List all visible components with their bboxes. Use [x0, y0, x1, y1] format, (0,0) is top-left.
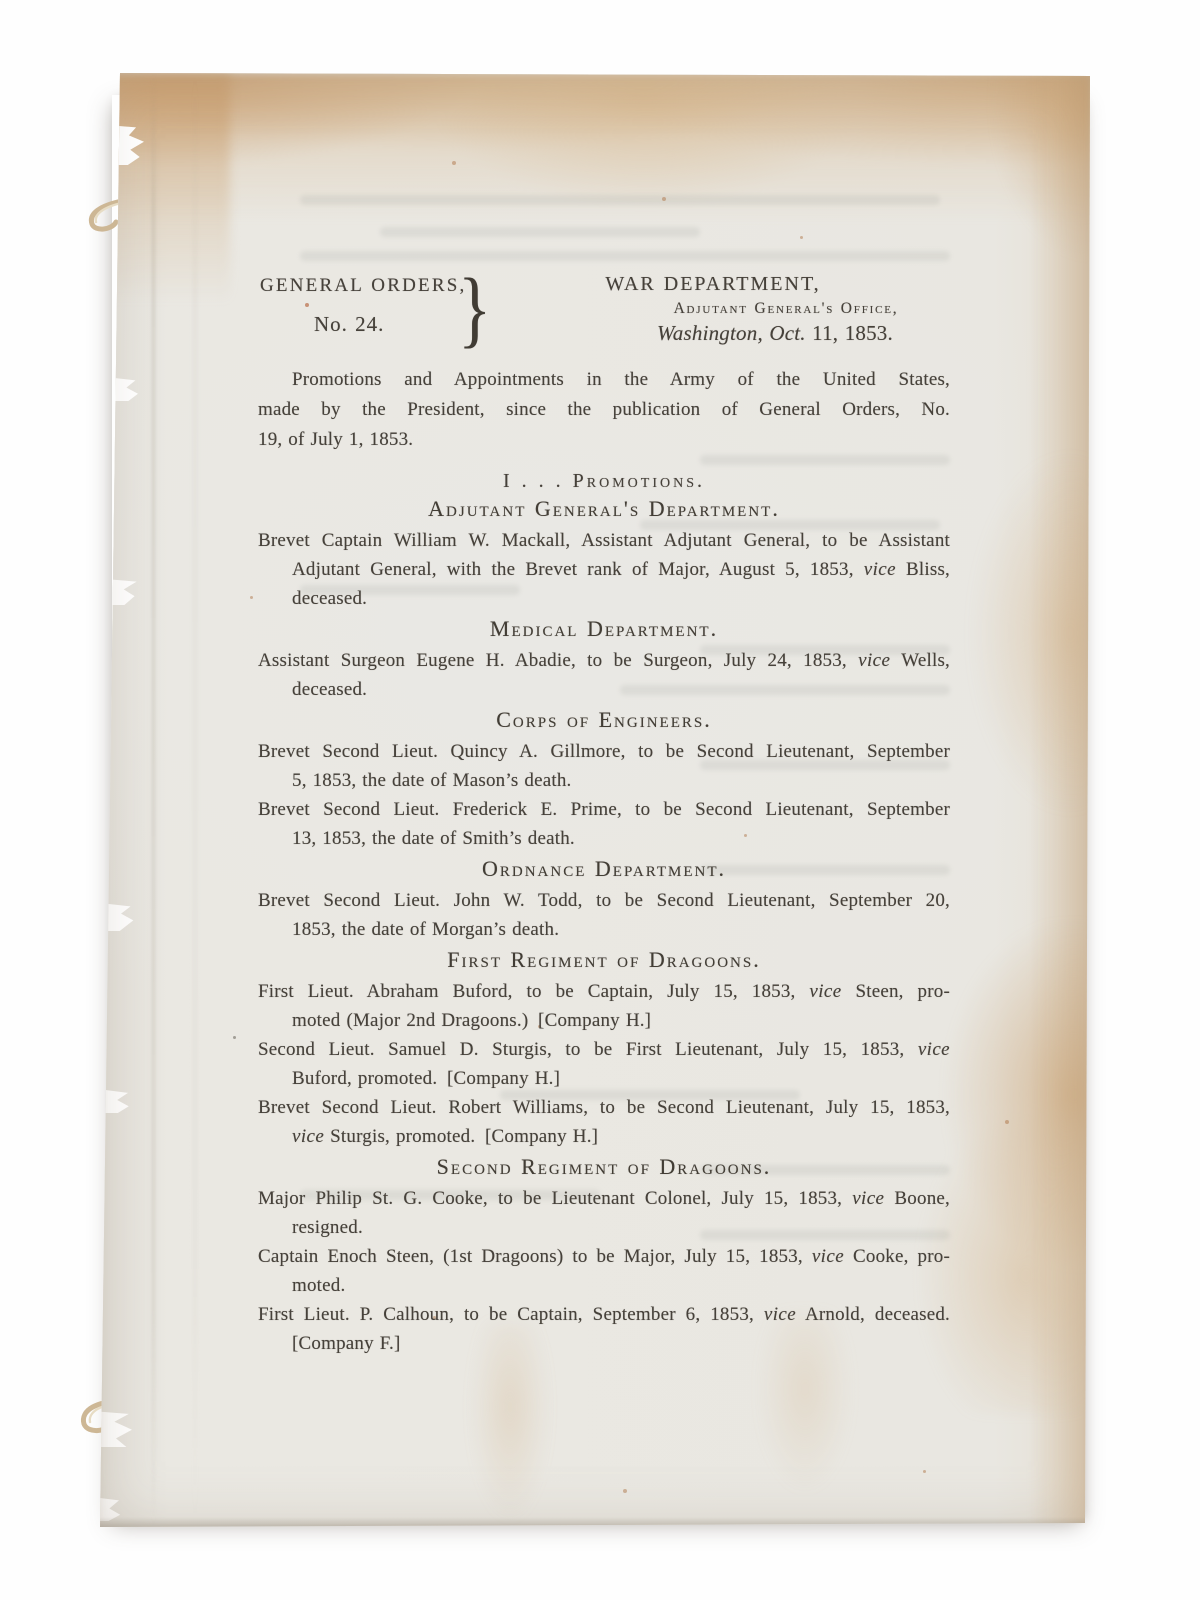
- binding-crease: [152, 73, 155, 1527]
- promotion-entry: Brevet Captain William W. Mackall, Assis…: [258, 526, 950, 613]
- place-date-italic: Washington, Oct.: [657, 321, 806, 345]
- entry-line: deceased.: [292, 584, 950, 613]
- entry-text: Brevet Captain William W. Mackall, Assis…: [258, 530, 950, 551]
- section-medical-department: Medical Department.Assistant Surgeon Eug…: [258, 617, 950, 704]
- entry-text: Brevet Second Lieut. Robert Williams, to…: [258, 1097, 950, 1118]
- entry-line: First Lieut. Abraham Buford, to be Capta…: [258, 977, 950, 1006]
- section-heading: Second Regiment of Dragoons.: [258, 1155, 950, 1179]
- entry-text: 5, 1853, the date of Mason’s death.: [292, 770, 571, 791]
- entry-text: moted (Major 2nd Dragoons.) [Company H.]: [292, 1010, 651, 1031]
- promotion-entry: Brevet Second Lieut. Frederick E. Prime,…: [258, 795, 950, 853]
- entry-line: Adjutant General, with the Brevet rank o…: [292, 555, 950, 584]
- intro-line: Promotions and Appointments in the Army …: [258, 365, 950, 395]
- entry-text: Boone,: [884, 1188, 950, 1209]
- section-ordnance-department: Ordnance Department.Brevet Second Lieut.…: [258, 857, 950, 944]
- masthead-left: GENERAL ORDERS, No. 24.: [260, 275, 466, 337]
- promotion-entry: Second Lieut. Samuel D. Sturgis, to be F…: [258, 1035, 950, 1093]
- vice-italic: vice: [852, 1188, 884, 1209]
- masthead-brace: }: [458, 269, 491, 347]
- sections-container: Adjutant General's Department.Brevet Cap…: [258, 497, 950, 1358]
- promotion-entry: Brevet Second Lieut. John W. Todd, to be…: [258, 886, 950, 944]
- entry-text: Buford, promoted. [Company H.]: [292, 1068, 560, 1089]
- entry-line: Major Philip St. G. Cooke, to be Lieuten…: [258, 1184, 950, 1213]
- place-date-line: Washington, Oct. 11, 1853.: [558, 321, 948, 346]
- entry-line: resigned.: [292, 1213, 950, 1242]
- binding-notch: [98, 1089, 130, 1113]
- entry-text: Wells,: [890, 650, 950, 671]
- entry-text: resigned.: [292, 1217, 363, 1238]
- section-heading: First Regiment of Dragoons.: [258, 948, 950, 972]
- entry-line: 1853, the date of Morgan’s death.: [292, 915, 950, 944]
- introductory-paragraph: Promotions and Appointments in the Army …: [258, 365, 950, 455]
- binding-notch: [104, 579, 138, 605]
- stain-top-band: [100, 73, 1093, 243]
- photo-backdrop: GENERAL ORDERS, No. 24. } WAR DEPARTMENT…: [0, 0, 1200, 1600]
- entry-text: Second Lieut. Samuel D. Sturgis, to be F…: [258, 1039, 918, 1060]
- vice-italic: vice: [809, 981, 841, 1002]
- entry-line: Brevet Captain William W. Mackall, Assis…: [258, 526, 950, 555]
- section-heading: Ordnance Department.: [258, 857, 950, 881]
- entry-text: First Lieut. Abraham Buford, to be Capta…: [258, 981, 809, 1002]
- promotion-entry: Major Philip St. G. Cooke, to be Lieuten…: [258, 1184, 950, 1242]
- entry-text: deceased.: [292, 679, 367, 700]
- entry-line: [Company F.]: [292, 1329, 950, 1358]
- part-heading: I . . . Promotions.: [258, 469, 950, 493]
- entry-line: 5, 1853, the date of Mason’s death.: [292, 766, 950, 795]
- promotion-entry: First Lieut. Abraham Buford, to be Capta…: [258, 977, 950, 1035]
- promotion-entry: Brevet Second Lieut. Robert Williams, to…: [258, 1093, 950, 1151]
- binding-notch: [100, 903, 134, 931]
- general-orders-label: GENERAL ORDERS,: [260, 275, 466, 297]
- entry-line: Second Lieut. Samuel D. Sturgis, to be F…: [258, 1035, 950, 1064]
- promotion-entry: Captain Enoch Steen, (1st Dragoons) to b…: [258, 1242, 950, 1300]
- entry-text: Major Philip St. G. Cooke, to be Lieuten…: [258, 1188, 852, 1209]
- promotion-entry: Brevet Second Lieut. Quincy A. Gillmore,…: [258, 737, 950, 795]
- section-second-regiment-of-dragoons: Second Regiment of Dragoons.Major Philip…: [258, 1155, 950, 1358]
- entry-line: Brevet Second Lieut. Robert Williams, to…: [258, 1093, 950, 1122]
- promotion-entry: First Lieut. P. Calhoun, to be Captain, …: [258, 1300, 950, 1358]
- entry-line: moted (Major 2nd Dragoons.) [Company H.]: [292, 1006, 950, 1035]
- vice-italic: vice: [764, 1304, 796, 1325]
- bottom-edge-shading: [100, 1517, 1093, 1527]
- binding-notch: [92, 1411, 132, 1447]
- entry-text: deceased.: [292, 588, 367, 609]
- entry-text: Bliss,: [896, 559, 950, 580]
- vice-italic: vice: [812, 1246, 844, 1267]
- entry-line: Buford, promoted. [Company H.]: [292, 1064, 950, 1093]
- vice-italic: vice: [292, 1126, 324, 1147]
- section-heading: Corps of Engineers.: [258, 708, 950, 732]
- entry-text: Assistant Surgeon Eugene H. Abadie, to b…: [258, 650, 858, 671]
- entry-text: Sturgis, promoted. [Company H.]: [324, 1126, 598, 1147]
- entry-text: Arnold, deceased.: [796, 1304, 950, 1325]
- war-department-label: WAR DEPARTMENT,: [558, 273, 948, 296]
- vice-italic: vice: [918, 1039, 950, 1060]
- entry-text: Brevet Second Lieut. John W. Todd, to be…: [258, 890, 950, 911]
- vice-italic: vice: [858, 650, 890, 671]
- intro-line: 19, of July 1, 1853.: [258, 425, 950, 455]
- binding-notch: [106, 377, 138, 401]
- section-heading: Adjutant General's Department.: [258, 497, 950, 521]
- entry-text: moted.: [292, 1275, 345, 1296]
- section-heading: Medical Department.: [258, 617, 950, 641]
- entry-text: 1853, the date of Morgan’s death.: [292, 919, 559, 940]
- entry-line: vice Sturgis, promoted. [Company H.]: [292, 1122, 950, 1151]
- entry-text: First Lieut. P. Calhoun, to be Captain, …: [258, 1304, 764, 1325]
- entry-text: Steen, pro-: [842, 981, 950, 1002]
- entry-text: Captain Enoch Steen, (1st Dragoons) to b…: [258, 1246, 812, 1267]
- promotion-entry: Assistant Surgeon Eugene H. Abadie, to b…: [258, 646, 950, 704]
- entry-text: Adjutant General, with the Brevet rank o…: [292, 559, 864, 580]
- entry-line: 13, 1853, the date of Smith’s death.: [292, 824, 950, 853]
- entry-text: Cooke, pro-: [844, 1246, 950, 1267]
- entry-line: First Lieut. P. Calhoun, to be Captain, …: [258, 1300, 950, 1329]
- entry-line: Brevet Second Lieut. Quincy A. Gillmore,…: [258, 737, 950, 766]
- entry-text: [Company F.]: [292, 1333, 401, 1354]
- place-date-roman: 11, 1853.: [806, 321, 893, 345]
- entry-text: Brevet Second Lieut. Frederick E. Prime,…: [258, 799, 950, 820]
- entry-line: Brevet Second Lieut. Frederick E. Prime,…: [258, 795, 950, 824]
- orders-number: No. 24.: [314, 312, 466, 337]
- masthead: GENERAL ORDERS, No. 24. } WAR DEPARTMENT…: [258, 263, 950, 351]
- section-corps-of-engineers: Corps of Engineers.Brevet Second Lieut. …: [258, 708, 950, 853]
- entry-text: Brevet Second Lieut. Quincy A. Gillmore,…: [258, 741, 950, 762]
- section-adjutant-general-s-department: Adjutant General's Department.Brevet Cap…: [258, 497, 950, 613]
- adjutant-generals-office-label: Adjutant General's Office,: [558, 300, 948, 318]
- entry-line: moted.: [292, 1271, 950, 1300]
- entry-line: Captain Enoch Steen, (1st Dragoons) to b…: [258, 1242, 950, 1271]
- intro-line: made by the President, since the publica…: [258, 395, 950, 425]
- masthead-right: WAR DEPARTMENT, Adjutant General's Offic…: [558, 273, 948, 346]
- entry-line: deceased.: [292, 675, 950, 704]
- document-page: GENERAL ORDERS, No. 24. } WAR DEPARTMENT…: [100, 73, 1093, 1527]
- section-first-regiment-of-dragoons: First Regiment of Dragoons.First Lieut. …: [258, 948, 950, 1151]
- entry-line: Brevet Second Lieut. John W. Todd, to be…: [258, 886, 950, 915]
- printed-content: GENERAL ORDERS, No. 24. } WAR DEPARTMENT…: [258, 263, 950, 1358]
- stain-right-edge: [1029, 73, 1093, 1527]
- vice-italic: vice: [864, 559, 896, 580]
- binding-crease: [194, 73, 196, 1527]
- entry-line: Assistant Surgeon Eugene H. Abadie, to b…: [258, 646, 950, 675]
- entry-text: 13, 1853, the date of Smith’s death.: [292, 828, 575, 849]
